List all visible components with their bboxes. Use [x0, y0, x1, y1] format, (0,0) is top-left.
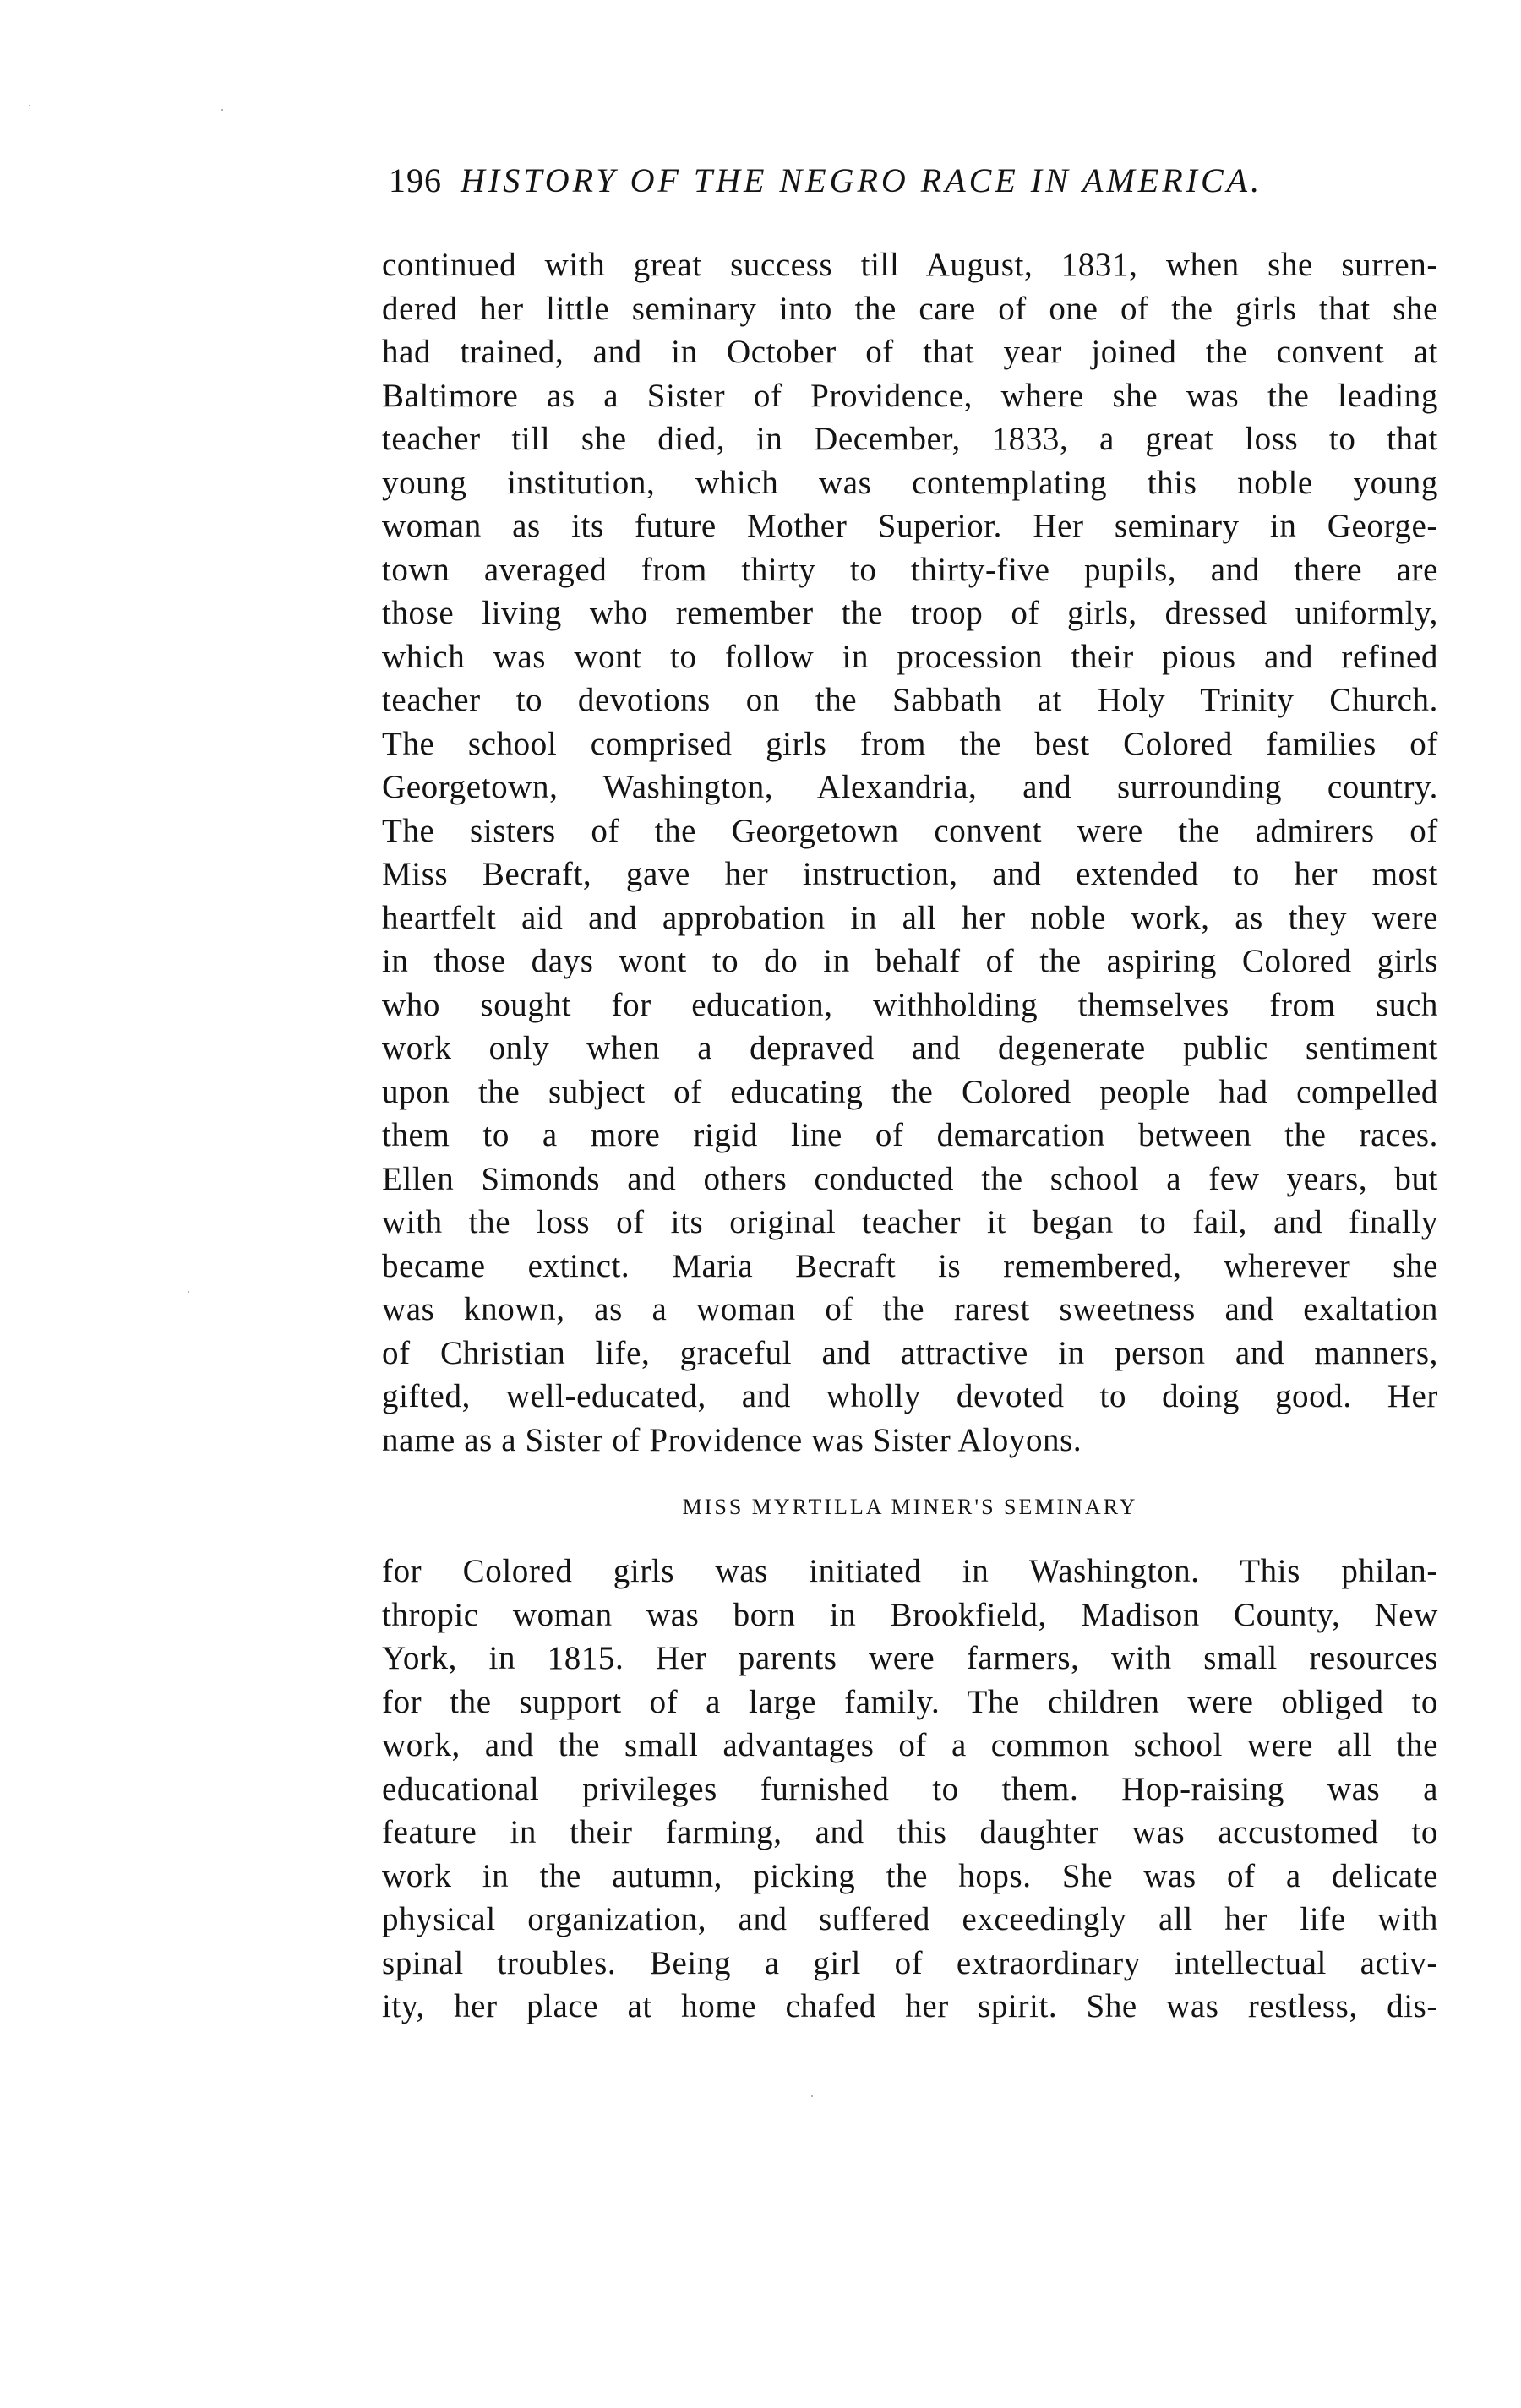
text-line: feature in their farming, and this daugh…: [382, 1811, 1438, 1855]
text-line: thropic woman was born in Brookfield, Ma…: [382, 1594, 1438, 1637]
text-line: spinal troubles. Being a girl of extraor…: [382, 1942, 1438, 1986]
text-line: Georgetown, Washington, Alexandria, and …: [382, 765, 1438, 809]
text-line: teacher till she died, in December, 1833…: [382, 417, 1438, 461]
text-line: work in the autumn, picking the hops. Sh…: [382, 1855, 1438, 1899]
text-line: name as a Sister of Providence was Siste…: [382, 1419, 1438, 1463]
text-line: had trained, and in October of that year…: [382, 330, 1438, 374]
text-line: was known, as a woman of the rarest swee…: [382, 1288, 1438, 1332]
text-line: upon the subject of educating the Colore…: [382, 1071, 1438, 1114]
text-line: work only when a depraved and degenerate…: [382, 1027, 1438, 1071]
book-title: HISTORY OF THE NEGRO RACE IN AMERICA.: [461, 161, 1262, 199]
text-line: which was wont to follow in procession t…: [382, 635, 1438, 679]
text-line: for the support of a large family. The c…: [382, 1681, 1438, 1724]
text-line: heartfelt aid and approbation in all her…: [382, 896, 1438, 940]
scan-speck: [188, 1291, 189, 1293]
text-line: work, and the small advantages of a comm…: [382, 1724, 1438, 1768]
text-line: woman as its future Mother Superior. Her…: [382, 504, 1438, 548]
section-heading: MISS MYRTILLA MINER'S SEMINARY: [382, 1489, 1438, 1526]
text-line: Ellen Simonds and others conducted the s…: [382, 1158, 1438, 1201]
scan-speck: [221, 109, 223, 111]
book-page: 196HISTORY OF THE NEGRO RACE IN AMERICA.…: [0, 0, 1521, 2408]
text-line: educational privileges furnished to them…: [382, 1768, 1438, 1811]
text-line: dered her little seminary into the care …: [382, 287, 1438, 331]
text-line: continued with great success till August…: [382, 243, 1438, 287]
text-line: those living who remember the troop of g…: [382, 591, 1438, 635]
text-line: teacher to devotions on the Sabbath at H…: [382, 678, 1438, 722]
text-line: for Colored girls was initiated in Washi…: [382, 1550, 1438, 1594]
text-line: The school comprised girls from the best…: [382, 722, 1438, 766]
scan-speck: [811, 2095, 813, 2097]
text-line: Miss Becraft, gave her instruction, and …: [382, 853, 1438, 896]
text-line: young institution, which was contemplati…: [382, 461, 1438, 505]
page-number: 196: [389, 161, 442, 199]
text-line: town averaged from thirty to thirty-five…: [382, 548, 1438, 592]
text-line: in those days wont to do in behalf of th…: [382, 940, 1438, 983]
body-text-section-1: continued with great success till August…: [382, 243, 1438, 1462]
scan-speck: [29, 105, 30, 106]
text-line: of Christian life, graceful and attracti…: [382, 1332, 1438, 1376]
text-line: Baltimore as a Sister of Providence, whe…: [382, 374, 1438, 418]
text-line: with the loss of its original teacher it…: [382, 1201, 1438, 1245]
running-head: 196HISTORY OF THE NEGRO RACE IN AMERICA.: [389, 157, 1445, 204]
text-line: who sought for education, withholding th…: [382, 983, 1438, 1027]
text-line: The sisters of the Georgetown convent we…: [382, 809, 1438, 853]
body-text-section-2: for Colored girls was initiated in Washi…: [382, 1550, 1438, 2029]
text-line: them to a more rigid line of demarcation…: [382, 1114, 1438, 1158]
text-line: became extinct. Maria Becraft is remembe…: [382, 1245, 1438, 1288]
text-line: physical organization, and suffered exce…: [382, 1898, 1438, 1942]
text-line: ity, her place at home chafed her spirit…: [382, 1985, 1438, 2029]
text-line: York, in 1815. Her parents were farmers,…: [382, 1637, 1438, 1681]
text-line: gifted, well-educated, and wholly devote…: [382, 1375, 1438, 1419]
